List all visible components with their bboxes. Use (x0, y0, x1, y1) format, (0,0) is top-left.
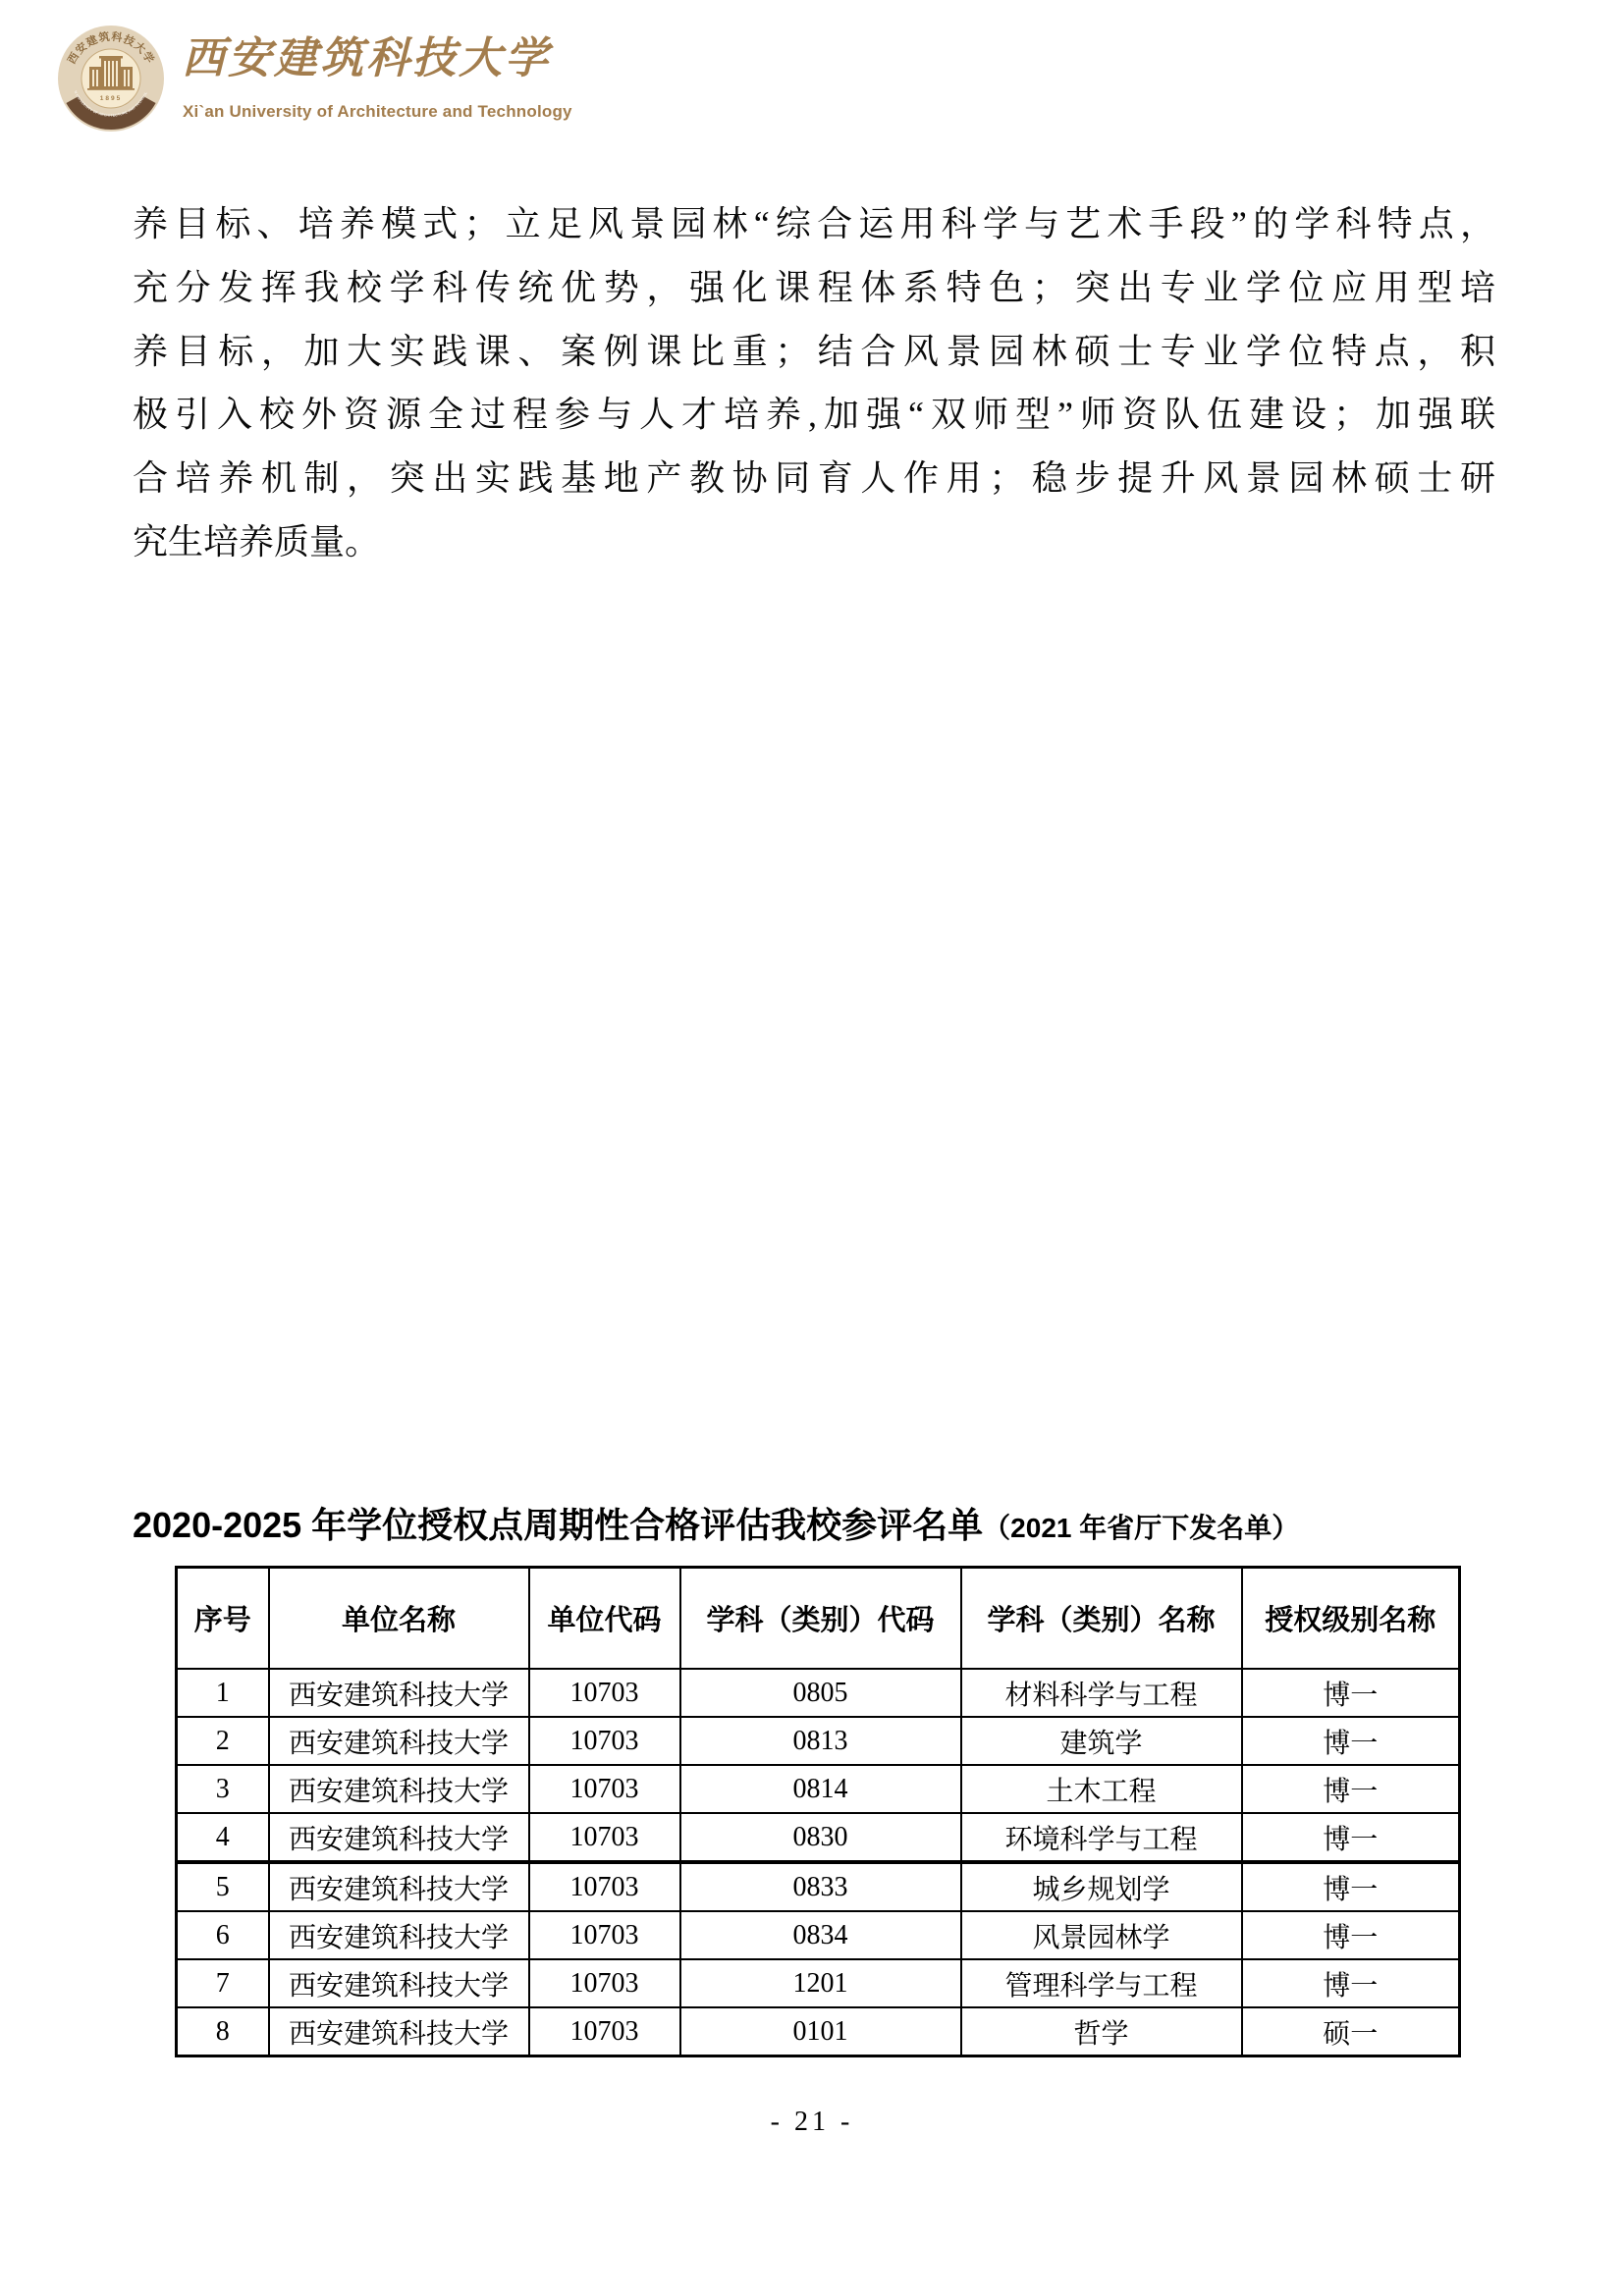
table-cell: 材料科学与工程 (961, 1669, 1242, 1717)
table-cell: 博一 (1242, 1862, 1460, 1911)
table-row: 8西安建筑科技大学107030101哲学硕一 (177, 2007, 1460, 2056)
col-header-unit-code: 单位代码 (529, 1568, 680, 1670)
table-title-note: （2021 年省厅下发名单） (983, 1513, 1299, 1543)
table-row: 4西安建筑科技大学107030830环境科学与工程博一 (177, 1813, 1460, 1862)
table-cell: 西安建筑科技大学 (269, 1911, 529, 1959)
table-cell: 博一 (1242, 1669, 1460, 1717)
table-cell: 0813 (680, 1717, 961, 1765)
table-cell: 10703 (529, 1813, 680, 1862)
university-name-calligraphy: 西安建筑科技大学 (182, 31, 633, 86)
table-row: 3西安建筑科技大学107030814土木工程博一 (177, 1765, 1460, 1813)
table-cell: 西安建筑科技大学 (269, 2007, 529, 2056)
col-header-authorization-level: 授权级别名称 (1242, 1568, 1460, 1670)
table-cell: 西安建筑科技大学 (269, 1959, 529, 2007)
table-cell: 0101 (680, 2007, 961, 2056)
table-title-main: 2020-2025 年学位授权点周期性合格评估我校参评名单 (133, 1505, 983, 1545)
table-row: 6西安建筑科技大学107030834风景园林学博一 (177, 1911, 1460, 1959)
table-row: 1西安建筑科技大学107030805材料科学与工程博一 (177, 1669, 1460, 1717)
table-row: 2西安建筑科技大学107030813建筑学博一 (177, 1717, 1460, 1765)
table-cell: 10703 (529, 1862, 680, 1911)
table-cell: 0833 (680, 1862, 961, 1911)
table-header-row: 序号 单位名称 单位代码 学科（类别）代码 学科（类别）名称 授权级别名称 (177, 1568, 1460, 1670)
paragraph-line: 养目标，加大实践课、案例课比重；结合风景园林硕士专业学位特点，积 (133, 320, 1495, 384)
table-cell: 西安建筑科技大学 (269, 1717, 529, 1765)
paragraph-line: 养目标、培养模式；立足风景园林“综合运用科学与艺术手段”的学科特点， (133, 192, 1495, 256)
table-header: 序号 单位名称 单位代码 学科（类别）代码 学科（类别）名称 授权级别名称 (177, 1568, 1460, 1670)
table-cell: 10703 (529, 1669, 680, 1717)
page-number: - 21 - (0, 2107, 1624, 2138)
table-cell: 10703 (529, 1911, 680, 1959)
table-cell: 3 (177, 1765, 269, 1813)
table-cell: 10703 (529, 1717, 680, 1765)
table-cell: 博一 (1242, 1959, 1460, 2007)
university-name-english: Xi`an University of Architecture and Tec… (183, 102, 654, 122)
seal-year-label: 1895 (100, 95, 122, 102)
table-row: 5西安建筑科技大学107030833城乡规划学博一 (177, 1862, 1460, 1911)
table-cell: 4 (177, 1813, 269, 1862)
table-cell: 硕一 (1242, 2007, 1460, 2056)
table-row: 7西安建筑科技大学107031201管理科学与工程博一 (177, 1959, 1460, 2007)
table-cell: 10703 (529, 2007, 680, 2056)
document-page: 西安建筑科技大学 XI'AN UNIVERSITY OF ARCHITECTUR… (0, 0, 1624, 2296)
evaluation-table: 序号 单位名称 单位代码 学科（类别）代码 学科（类别）名称 授权级别名称 1西… (175, 1566, 1461, 2057)
table-cell: 5 (177, 1862, 269, 1911)
table-cell: 1201 (680, 1959, 961, 2007)
table-cell: 博一 (1242, 1717, 1460, 1765)
table-cell: 0834 (680, 1911, 961, 1959)
table-cell: 1 (177, 1669, 269, 1717)
table-title: 2020-2025 年学位授权点周期性合格评估我校参评名单（2021 年省厅下发… (133, 1500, 1497, 1551)
table-cell: 西安建筑科技大学 (269, 1862, 529, 1911)
table-cell: 10703 (529, 1959, 680, 2007)
table-cell: 0805 (680, 1669, 961, 1717)
table-cell: 10703 (529, 1765, 680, 1813)
table-cell: 博一 (1242, 1911, 1460, 1959)
col-header-index: 序号 (177, 1568, 269, 1670)
university-header: 西安建筑科技大学 XI'AN UNIVERSITY OF ARCHITECTUR… (56, 24, 665, 136)
table-cell: 城乡规划学 (961, 1862, 1242, 1911)
table-cell: 6 (177, 1911, 269, 1959)
paragraph: 养目标、培养模式；立足风景园林“综合运用科学与艺术手段”的学科特点，充分发挥我校… (133, 192, 1495, 574)
table-cell: 0830 (680, 1813, 961, 1862)
table-cell: 7 (177, 1959, 269, 2007)
table-cell: 博一 (1242, 1765, 1460, 1813)
table-cell: 0814 (680, 1765, 961, 1813)
table-cell: 土木工程 (961, 1765, 1242, 1813)
col-header-unit-name: 单位名称 (269, 1568, 529, 1670)
paragraph-line: 合培养机制，突出实践基地产教协同育人作用；稳步提升风景园林硕士研 (133, 447, 1495, 510)
table-cell: 2 (177, 1717, 269, 1765)
table-body: 1西安建筑科技大学107030805材料科学与工程博一2西安建筑科技大学1070… (177, 1669, 1460, 2056)
col-header-discipline-name: 学科（类别）名称 (961, 1568, 1242, 1670)
table-cell: 建筑学 (961, 1717, 1242, 1765)
table-cell: 8 (177, 2007, 269, 2056)
table-cell: 管理科学与工程 (961, 1959, 1242, 2007)
table-cell: 西安建筑科技大学 (269, 1669, 529, 1717)
paragraph-line: 充分发挥我校学科传统优势，强化课程体系特色；突出专业学位应用型培 (133, 256, 1495, 320)
table-cell: 西安建筑科技大学 (269, 1765, 529, 1813)
table-cell: 哲学 (961, 2007, 1242, 2056)
table-cell: 风景园林学 (961, 1911, 1242, 1959)
university-seal-logo: 西安建筑科技大学 XI'AN UNIVERSITY OF ARCHITECTUR… (56, 24, 166, 133)
table-cell: 环境科学与工程 (961, 1813, 1242, 1862)
paragraph-line: 极引入校外资源全过程参与人才培养,加强“双师型”师资队伍建设；加强联 (133, 383, 1495, 447)
col-header-discipline-code: 学科（类别）代码 (680, 1568, 961, 1670)
table-cell: 西安建筑科技大学 (269, 1813, 529, 1862)
table-cell: 博一 (1242, 1813, 1460, 1862)
paragraph-line: 究生培养质量。 (133, 510, 1495, 574)
